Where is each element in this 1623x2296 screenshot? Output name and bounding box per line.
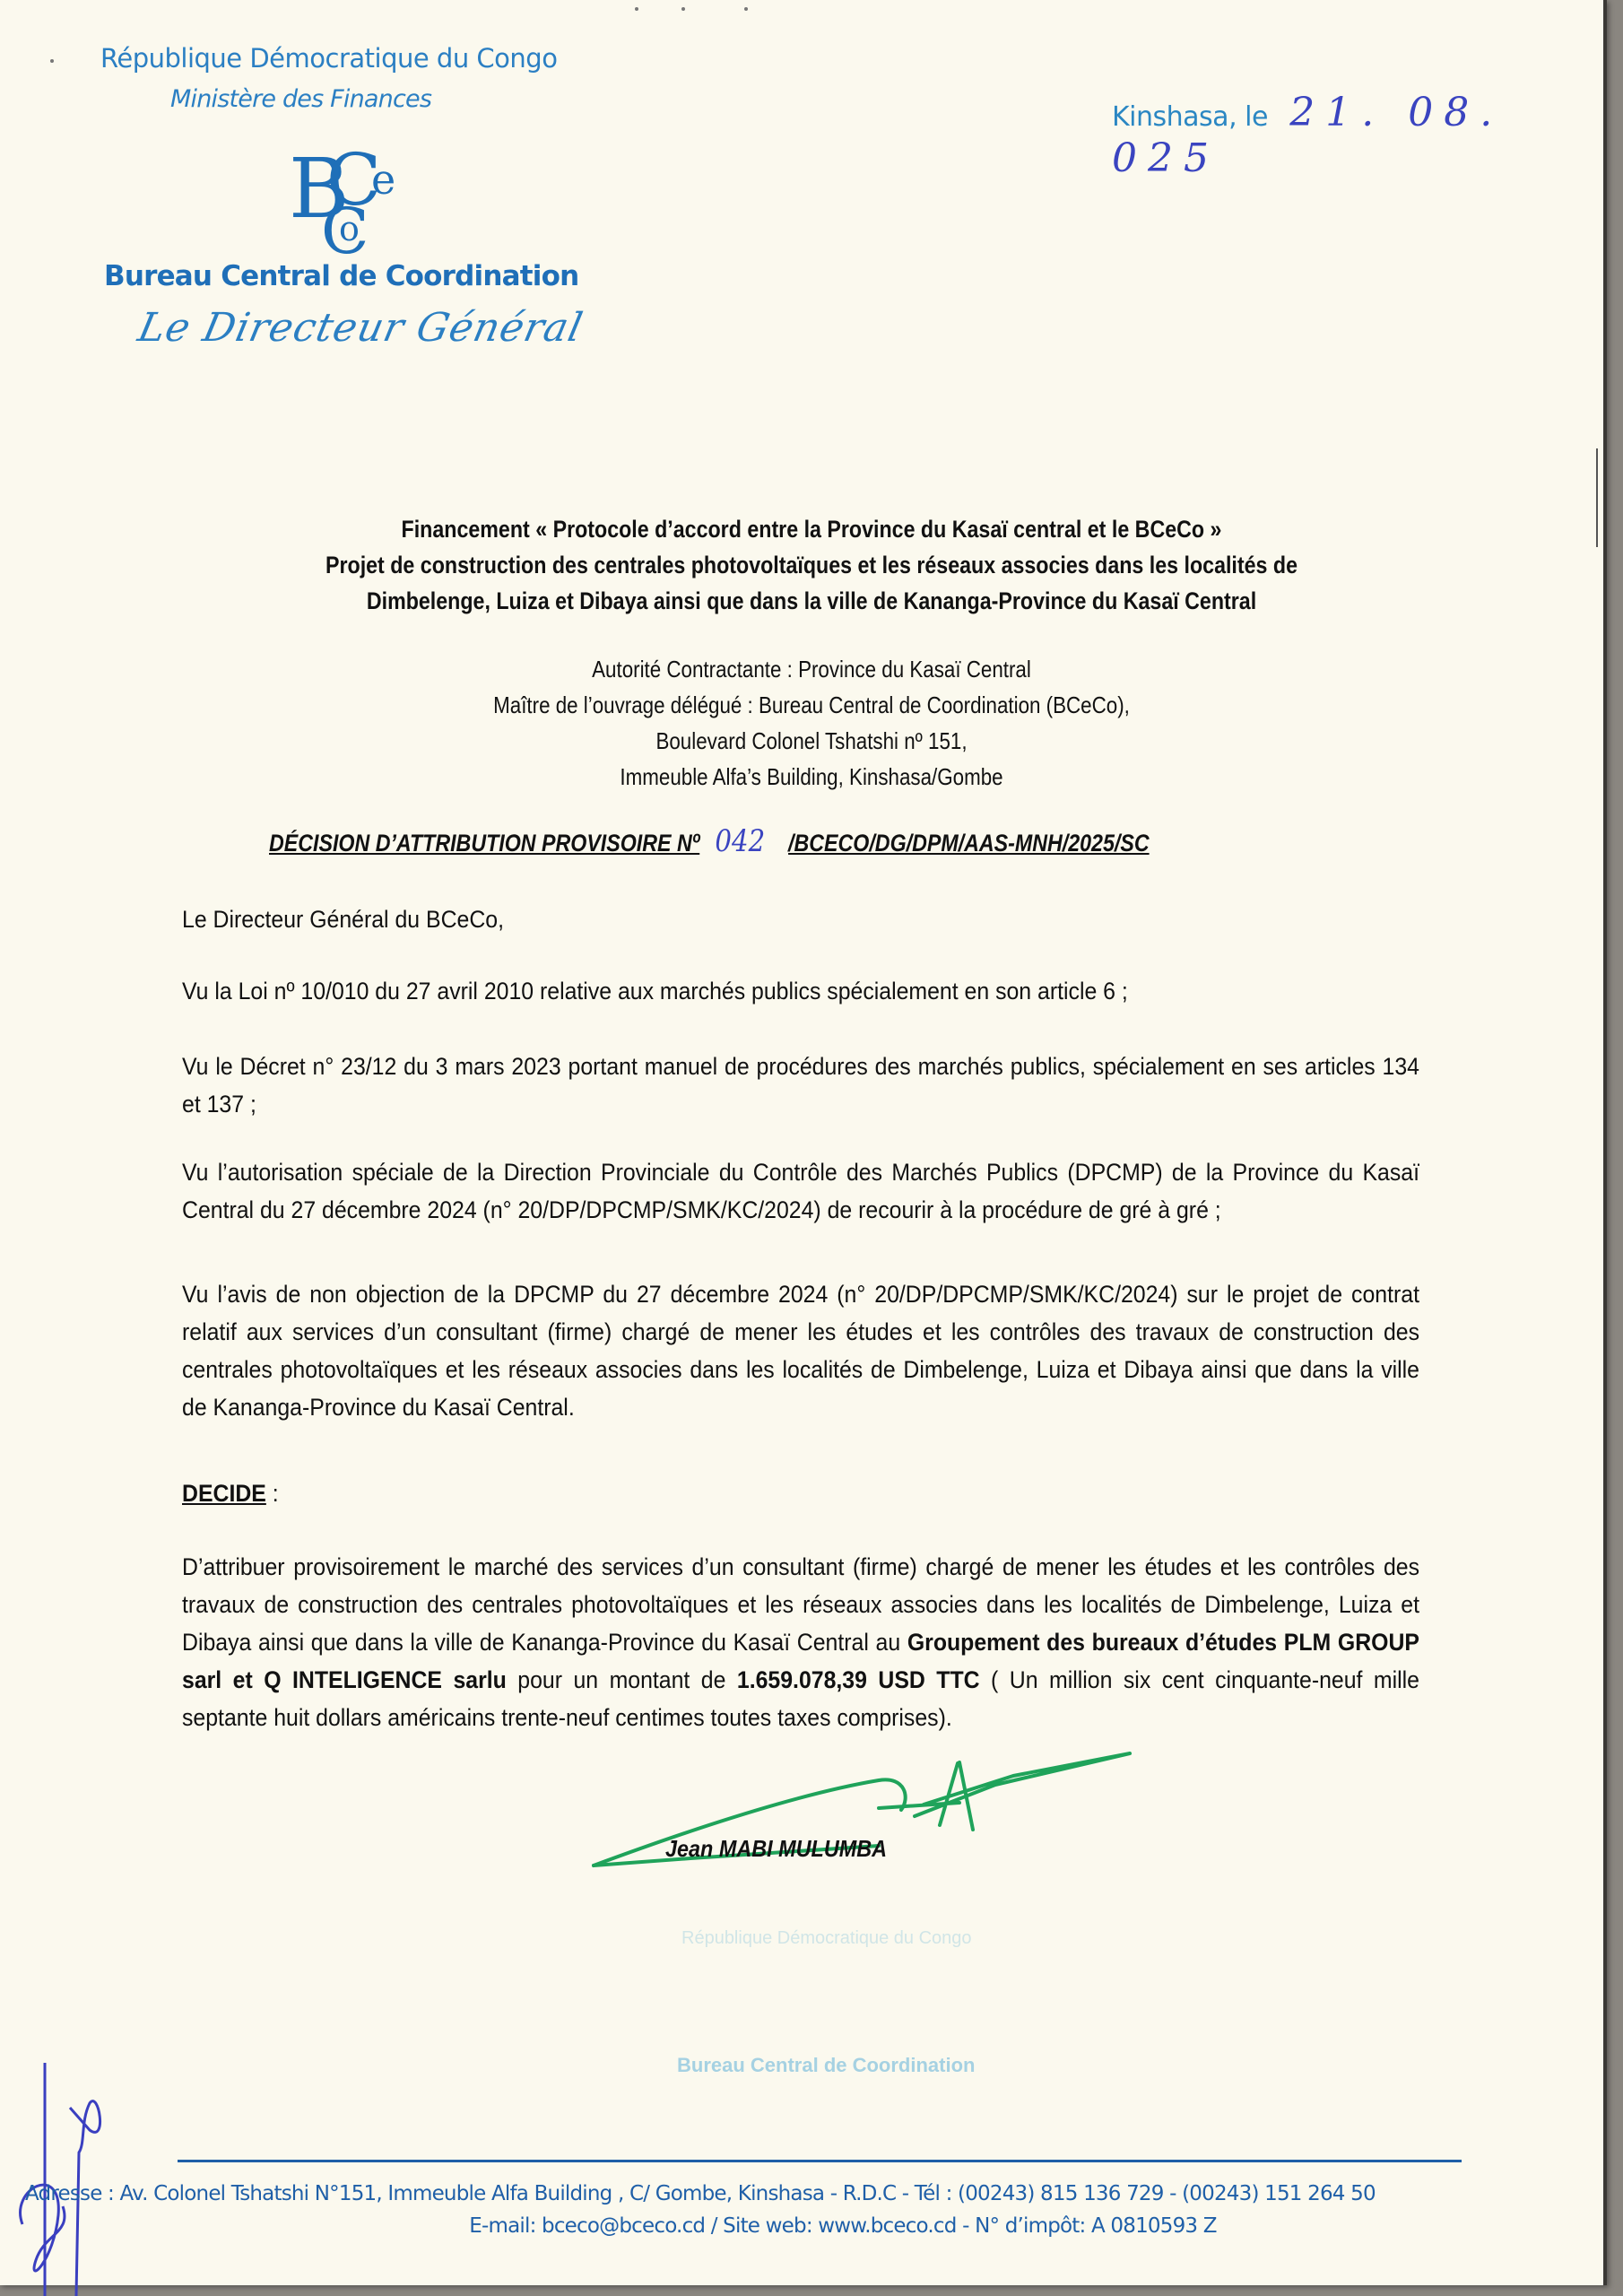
signatory-name: Jean MABI MULUMBA — [665, 1835, 887, 1863]
opening-line: Le Directeur Général du BCeCo, — [182, 900, 1419, 938]
scan-dot — [635, 7, 638, 11]
heading-project: Projet de construction des centrales pho… — [114, 547, 1510, 583]
address-line-2: Immeuble Alfa’s Building, Kinshasa/Gombe — [114, 759, 1510, 795]
heading-financing: Financement « Protocole d’accord entre l… — [114, 511, 1510, 547]
letterhead-office: Le Directeur Général — [135, 305, 587, 351]
heading-block: Financement « Protocole d’accord entre l… — [0, 511, 1623, 619]
place-label: Kinshasa, le — [1112, 101, 1268, 133]
letterhead-country: République Démocratique du Congo — [100, 43, 557, 74]
svg-text:e: e — [371, 155, 395, 204]
address-line-1: Boulevard Colonel Tshatshi nº 151, — [114, 723, 1510, 759]
place-date: Kinshasa, le 21. 08. 025 — [1112, 90, 1603, 181]
consideration-text: Vu le Décret n° 23/12 du 3 mars 2023 por… — [182, 1048, 1419, 1123]
footer-divider — [178, 2160, 1462, 2162]
scan-artifact-line — [1596, 448, 1598, 547]
decide-heading: DECIDE : — [182, 1474, 1419, 1512]
consideration-3: Vu l’autorisation spéciale de la Directi… — [182, 1153, 1419, 1229]
heading-locations: Dimbelenge, Luiza et Dibaya ainsi que da… — [114, 583, 1510, 619]
contract-amount: 1.659.078,39 USD TTC — [737, 1666, 980, 1693]
bceco-logo-icon: B C e C o — [285, 135, 429, 260]
delegated-owner: Maître de l’ouvrage délégué : Bureau Cen… — [114, 687, 1510, 723]
signature-icon — [583, 1749, 1139, 1883]
consideration-text: Vu la Loi nº 10/010 du 27 avril 2010 rel… — [182, 972, 1419, 1010]
svg-text:o: o — [339, 209, 360, 248]
scan-dot — [681, 7, 685, 11]
consideration-2: Vu le Décret n° 23/12 du 3 mars 2023 por… — [182, 1048, 1419, 1123]
contracting-authority: Autorité Contractante : Province du Kasa… — [114, 651, 1510, 687]
decision-text: pour un montant de — [507, 1666, 737, 1693]
opening-text: Le Directeur Général du BCeCo, — [182, 900, 1419, 938]
stamp-text-country: République Démocratique du Congo — [681, 1928, 972, 1949]
decision-title-prefix: DÉCISION D’ATTRIBUTION PROVISOIRE Nº — [269, 830, 699, 857]
consideration-text: Vu l’autorisation spéciale de la Directi… — [182, 1153, 1419, 1229]
letterhead-ministry: Ministère des Finances — [170, 85, 431, 113]
scan-dot — [50, 59, 54, 63]
decision-number-handwritten: 042 — [715, 823, 765, 859]
decision-title-suffix: /BCECO/DG/DPM/AAS-MNH/2025/SC — [788, 830, 1150, 857]
letterhead-organization: Bureau Central de Coordination — [104, 260, 578, 292]
footer-contact: E-mail: bceco@bceco.cd / Site web: www.b… — [0, 2214, 1623, 2238]
decide-label: DECIDE — [182, 1480, 266, 1507]
document-page: République Démocratique du Congo Ministè… — [0, 0, 1607, 2285]
footer-address: Adresse : Av. Colonel Tshatshi N°151, Im… — [25, 2182, 1376, 2205]
decision-paragraph: D’attribuer provisoirement le marché des… — [182, 1548, 1419, 1736]
initials-paraph-icon — [9, 2054, 170, 2296]
consideration-1: Vu la Loi nº 10/010 du 27 avril 2010 rel… — [182, 972, 1419, 1010]
authority-block: Autorité Contractante : Province du Kasa… — [0, 651, 1623, 795]
stamp-text-organization: Bureau Central de Coordination — [677, 2054, 975, 2077]
decision-title: DÉCISION D’ATTRIBUTION PROVISOIRE Nº042/… — [269, 823, 1150, 859]
consideration-4: Vu l’avis de non objection de la DPCMP d… — [182, 1275, 1419, 1426]
consideration-text: Vu l’avis de non objection de la DPCMP d… — [182, 1275, 1419, 1426]
decide-colon: : — [266, 1480, 279, 1507]
scan-dot — [744, 7, 748, 11]
